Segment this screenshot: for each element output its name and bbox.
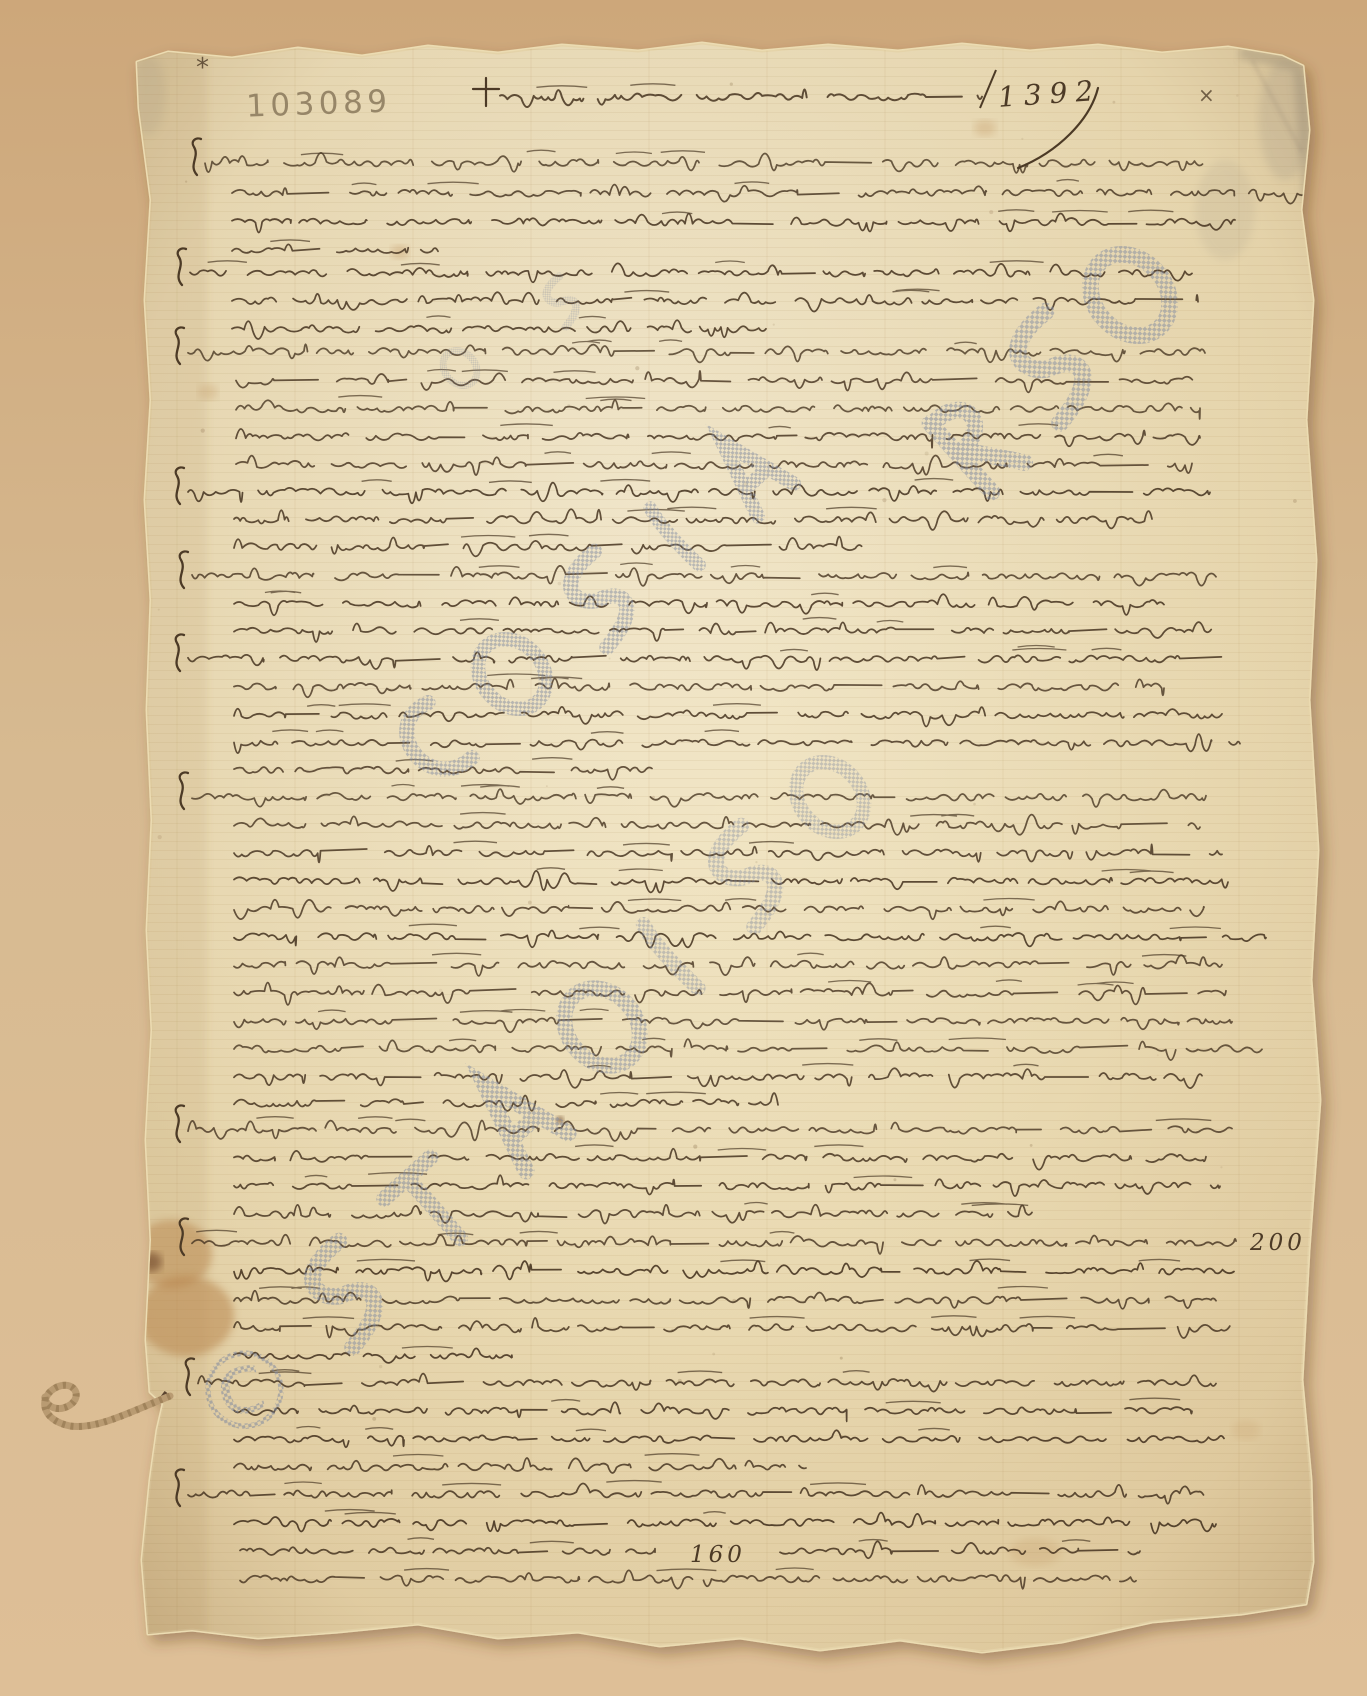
stain-blob [1195, 160, 1255, 260]
paper-speck [773, 324, 775, 326]
archive-number: 103089 [246, 84, 393, 125]
paper-speck [379, 1365, 382, 1368]
paper-speck [730, 83, 733, 86]
paper-speck [1021, 138, 1023, 140]
paper-speck [973, 803, 976, 806]
paper-speck [693, 1144, 697, 1148]
paper-speck [712, 1353, 715, 1356]
paper-speck [925, 452, 929, 456]
corner-mark-right: × [1198, 83, 1215, 107]
paper-speck [546, 785, 548, 787]
stain-blob [1232, 1420, 1260, 1440]
manuscript-scan: 103089 1392 200 160 * × © [0, 0, 1367, 1696]
paper-speck [558, 582, 562, 586]
stain-blob [130, 55, 166, 135]
paper-speck [755, 861, 757, 863]
paper-speck [201, 429, 205, 433]
stain-blob [974, 120, 996, 136]
corner-mark-left: * [196, 53, 209, 83]
paper-speck [1157, 1054, 1159, 1056]
stain-blob [1009, 1538, 1061, 1566]
stain-blob [198, 384, 218, 400]
paper-speck [893, 1178, 896, 1181]
paper-speck [1236, 94, 1238, 96]
paper-speck [528, 901, 532, 905]
paper-speck [1030, 1144, 1033, 1147]
paper-speck [372, 1417, 376, 1421]
manuscript-svg: 103089 1392 200 160 * × © [0, 0, 1367, 1696]
paper-speck [1293, 499, 1297, 503]
stain-blob [737, 32, 753, 44]
inline-number-200: 200 [1249, 1230, 1306, 1256]
paper-speck [158, 609, 160, 611]
paper-speck [609, 657, 611, 659]
paper-speck [1113, 101, 1116, 104]
paper-speck [439, 989, 442, 992]
paper-speck [1220, 1166, 1222, 1168]
paper-speck [185, 181, 187, 183]
paper-speck [635, 366, 639, 370]
inline-number-160: 160 [690, 1542, 746, 1568]
stain-blob [1259, 60, 1311, 180]
paper-speck [989, 210, 993, 214]
paper-speck [882, 498, 886, 502]
paper-speck [840, 1357, 843, 1360]
paper-speck [158, 835, 162, 839]
